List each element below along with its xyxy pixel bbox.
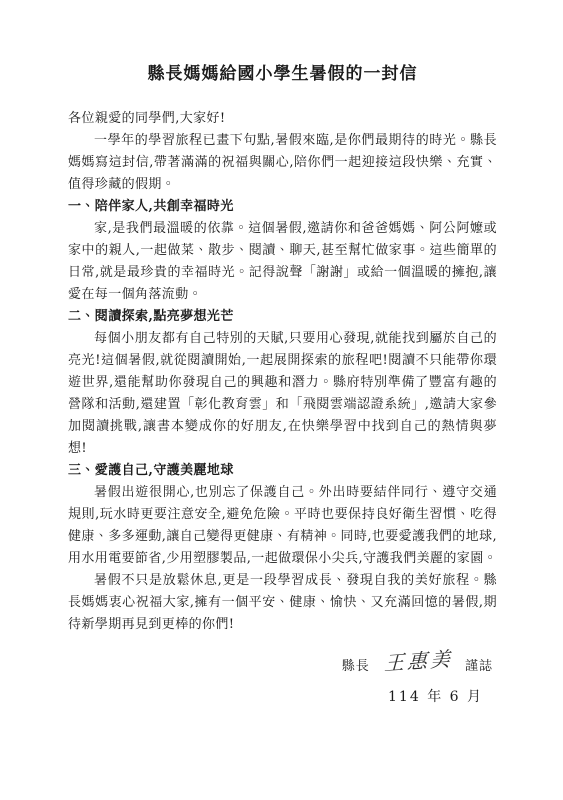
signature-name-script: 王惠美 bbox=[384, 646, 454, 677]
section-3-heading: 三、愛護自己,守護美麗地球 bbox=[68, 460, 497, 482]
letter-title: 縣長媽媽給國小學生暑假的一封信 bbox=[68, 62, 497, 86]
section-3-paragraph: 暑假出遊很開心,也別忘了保護自己。外出時要結伴同行、遵守交通規則,玩水時更要注意… bbox=[68, 482, 497, 570]
date-line: 114 年 6 月 bbox=[68, 686, 497, 708]
intro-paragraph: 一學年的學習旅程已畫下句點,暑假來臨,是你們最期待的時光。縣長媽媽寫這封信,帶著… bbox=[68, 130, 497, 196]
letter-body: 各位親愛的同學們,大家好! 一學年的學習旅程已畫下句點,暑假來臨,是你們最期待的… bbox=[68, 108, 497, 636]
section-1-heading: 一、陪伴家人,共創幸福時光 bbox=[68, 196, 497, 218]
section-2-paragraph: 每個小朋友都有自己特別的天賦,只要用心發現,就能找到屬於自己的亮光!這個暑假,就… bbox=[68, 328, 497, 460]
section-2-heading: 二、閱讀探索,點亮夢想光芒 bbox=[68, 306, 497, 328]
section-1-paragraph: 家,是我們最溫暖的依靠。這個暑假,邀請你和爸爸媽媽、阿公阿嬤或家中的親人,一起做… bbox=[68, 218, 497, 306]
signature-line: 縣長 王惠美 謹誌 bbox=[68, 650, 497, 680]
letter-page: 縣長媽媽給國小學生暑假的一封信 各位親愛的同學們,大家好! 一學年的學習旅程已畫… bbox=[0, 0, 563, 800]
greeting-line: 各位親愛的同學們,大家好! bbox=[68, 108, 497, 130]
signature-suffix-label: 謹誌 bbox=[465, 659, 493, 674]
closing-paragraph: 暑假不只是放鬆休息,更是一段學習成長、發現自我的美好旅程。縣長媽媽衷心祝福大家,… bbox=[68, 570, 497, 636]
signature-title-label: 縣長 bbox=[342, 659, 370, 674]
